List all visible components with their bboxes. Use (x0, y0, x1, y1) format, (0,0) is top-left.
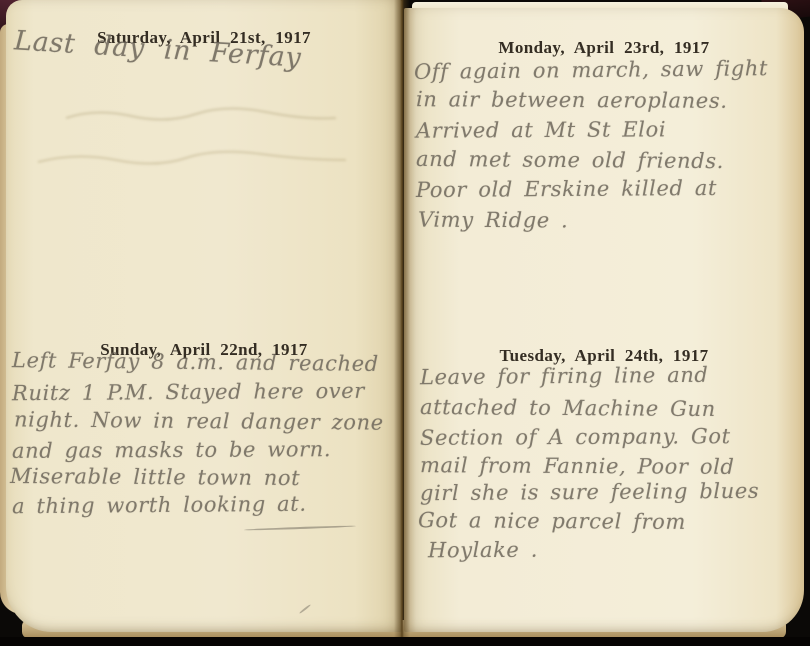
handwriting-line: Got a nice parcel from (418, 508, 686, 534)
left-page: Saturday, April 21st, 1917 Last day in F… (6, 0, 402, 632)
handwriting-line: Leave for firing line and (420, 363, 709, 390)
right-page: Monday, April 23rd, 1917 Off again on ma… (404, 8, 804, 632)
handwriting-line: in air between aeroplanes. (416, 87, 728, 113)
handwriting-line: mail from Fannie, Poor old (420, 453, 735, 479)
handwriting-line: Arrived at Mt St Eloi (416, 117, 666, 142)
handwriting-line: and gas masks to be worn. (12, 437, 331, 463)
handwriting-line: Poor old Erskine killed at (416, 176, 717, 202)
handwriting-line: Left Ferfay 8 a.m. and reached (12, 348, 379, 376)
ink-show-through-marks (36, 100, 376, 190)
stray-pencil-mark (299, 604, 311, 614)
handwriting-line: night. Now in real danger zone (14, 407, 384, 434)
handwriting-line: Hoylake . (428, 538, 538, 563)
handwriting-line: Section of A company. Got (420, 424, 731, 450)
handwriting-line: and met some old friends. (416, 147, 724, 173)
diary-scan: Saturday, April 21st, 1917 Last day in F… (0, 0, 810, 646)
handwriting-line: Off again on march, saw fight (414, 56, 768, 84)
book-gutter (394, 0, 410, 640)
handwriting-line: a thing worth looking at. (12, 492, 307, 519)
entry-heading-monday: Monday, April 23rd, 1917 (404, 38, 804, 58)
handwriting-line: girl she is sure feeling blues (420, 479, 759, 505)
handwriting-line: Miserable little town not (10, 464, 300, 490)
handwriting-line: Vimy Ridge . (418, 208, 568, 233)
handwriting-line: Ruitz 1 P.M. Stayed here over (12, 379, 365, 405)
flourish-underline (244, 525, 356, 531)
handwriting-line: attached to Machine Gun (420, 395, 716, 421)
scan-bottom-background (0, 637, 810, 646)
